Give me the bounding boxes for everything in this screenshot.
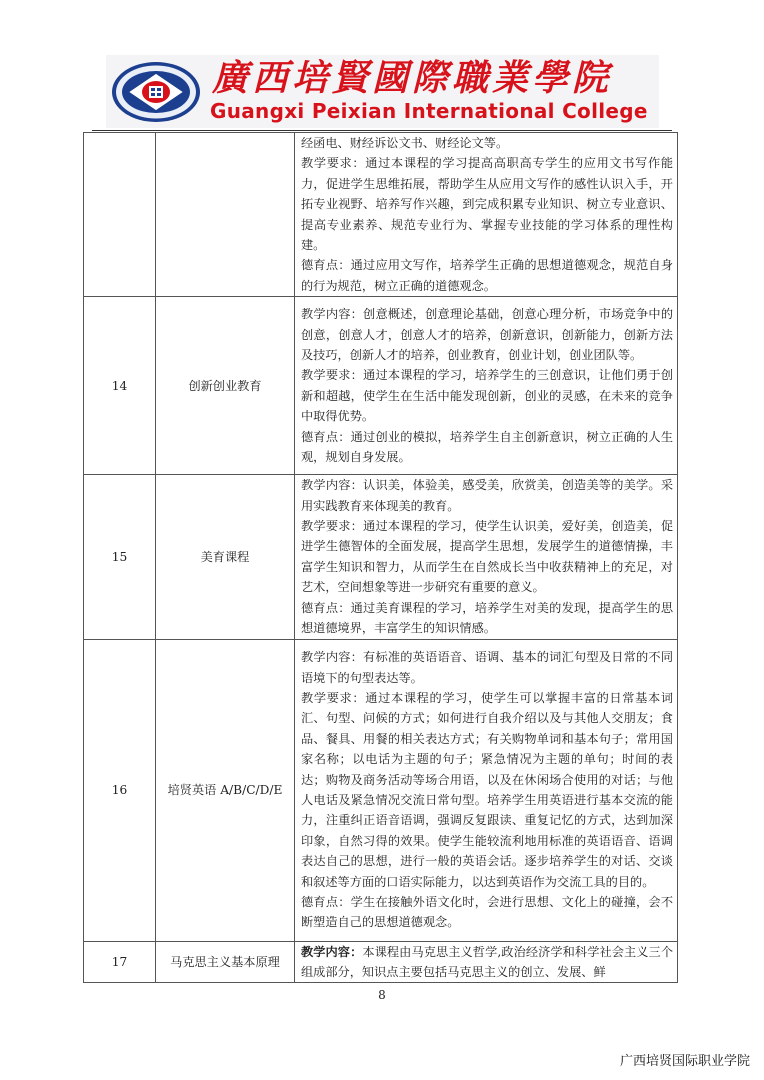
description-paragraph: 教学要求：通过本课程的学习提高高职高专学生的应用文书写作能力，促进学生思维拓展，…: [301, 153, 673, 255]
description-paragraph: 经函电、财经诉讼文书、财经论文等。: [301, 133, 673, 153]
header-divider: [92, 130, 672, 131]
course-number: 15: [84, 475, 156, 639]
course-table: 经函电、财经诉讼文书、财经论文等。 教学要求：通过本课程的学习提高高职高专学生的…: [83, 132, 678, 983]
table-row: 15 美育课程 教学内容：认识美，体验美，感受美，欣赏美，创造美等的美学。采用实…: [84, 475, 678, 639]
course-name: 马克思主义基本原理: [156, 941, 295, 983]
description-paragraph: 教学要求：通过本课程的学习，培养学生的三创意识，让他们勇于创新和超越，使学生在生…: [301, 365, 673, 426]
course-description: 教学内容：认识美，体验美，感受美，欣赏美，创造美等的美学。采用实践教育来体现美的…: [295, 475, 678, 639]
description-paragraph: 德育点：通过创业的模拟，培养学生自主创新意识，树立正确的人生观，规划自身发展。: [301, 427, 673, 468]
course-description: 教学内容：创意概述，创意理论基础，创意心理分析，市场竞争中的创意，创意人才，创意…: [295, 297, 678, 475]
course-number: 16: [84, 639, 156, 941]
course-number: 14: [84, 297, 156, 475]
description-paragraph: 教学要求：通过本课程的学习，使学生可以掌握丰富的日常基本词汇、句型、问候的方式；…: [301, 688, 673, 892]
page-number: 8: [0, 988, 764, 1002]
course-name: 美育课程: [156, 475, 295, 639]
course-name: [156, 133, 295, 297]
description-paragraph: 德育点：学生在接触外语文化时，会进行思想、文化上的碰撞，会不断塑造自己的思想道德…: [301, 892, 673, 933]
description-label: 教学内容：: [301, 945, 362, 959]
description-paragraph: 德育点：通过美育课程的学习，培养学生对美的发现，提高学生的思想道德境界，丰富学生…: [301, 598, 673, 639]
table-row: 经函电、财经诉讼文书、财经论文等。 教学要求：通过本课程的学习提高高职高专学生的…: [84, 133, 678, 297]
description-paragraph: 教学内容：认识美，体验美，感受美，欣赏美，创造美等的美学。采用实践教育来体现美的…: [301, 475, 673, 516]
table-row: 14 创新创业教育 教学内容：创意概述，创意理论基础，创意心理分析，市场竞争中的…: [84, 297, 678, 475]
college-logo-icon: [110, 60, 202, 124]
course-description: 经函电、财经诉讼文书、财经论文等。 教学要求：通过本课程的学习提高高职高专学生的…: [295, 133, 678, 297]
course-description: 教学内容：有标准的英语语音、语调、基本的词汇句型及日常的不同语境下的句型表达等。…: [295, 639, 678, 941]
course-number: 17: [84, 941, 156, 983]
table-row: 16 培贤英语 A/B/C/D/E 教学内容：有标准的英语语音、语调、基本的词汇…: [84, 639, 678, 941]
description-paragraph: 教学内容：创意概述，创意理论基础，创意心理分析，市场竞争中的创意，创意人才，创意…: [301, 304, 673, 365]
course-name: 创新创业教育: [156, 297, 295, 475]
college-name-english: Guangxi Peixian International College: [210, 98, 650, 124]
description-paragraph: 教学要求：通过本课程的学习，使学生认识美，爱好美，创造美，促进学生德智体的全面发…: [301, 516, 673, 598]
course-description: 教学内容：本课程由马克思主义哲学,政治经济学和科学社会主义三个组成部分，知识点主…: [295, 941, 678, 983]
description-paragraph: 德育点：通过应用文写作，培养学生正确的思想道德观念，规范自身的行为规范，树立正确…: [301, 255, 673, 296]
course-name: 培贤英语 A/B/C/D/E: [156, 639, 295, 941]
footer-institution: 广西培贤国际职业学院: [620, 1050, 750, 1069]
course-number: [84, 133, 156, 297]
table-row: 17 马克思主义基本原理 教学内容：本课程由马克思主义哲学,政治经济学和科学社会…: [84, 941, 678, 983]
description-paragraph: 教学内容：有标准的英语语音、语调、基本的词汇句型及日常的不同语境下的句型表达等。: [301, 647, 673, 688]
description-paragraph: 教学内容：本课程由马克思主义哲学,政治经济学和科学社会主义三个组成部分，知识点主…: [301, 942, 673, 983]
college-name-chinese: 廣西培賢國際職業學院: [212, 58, 652, 98]
